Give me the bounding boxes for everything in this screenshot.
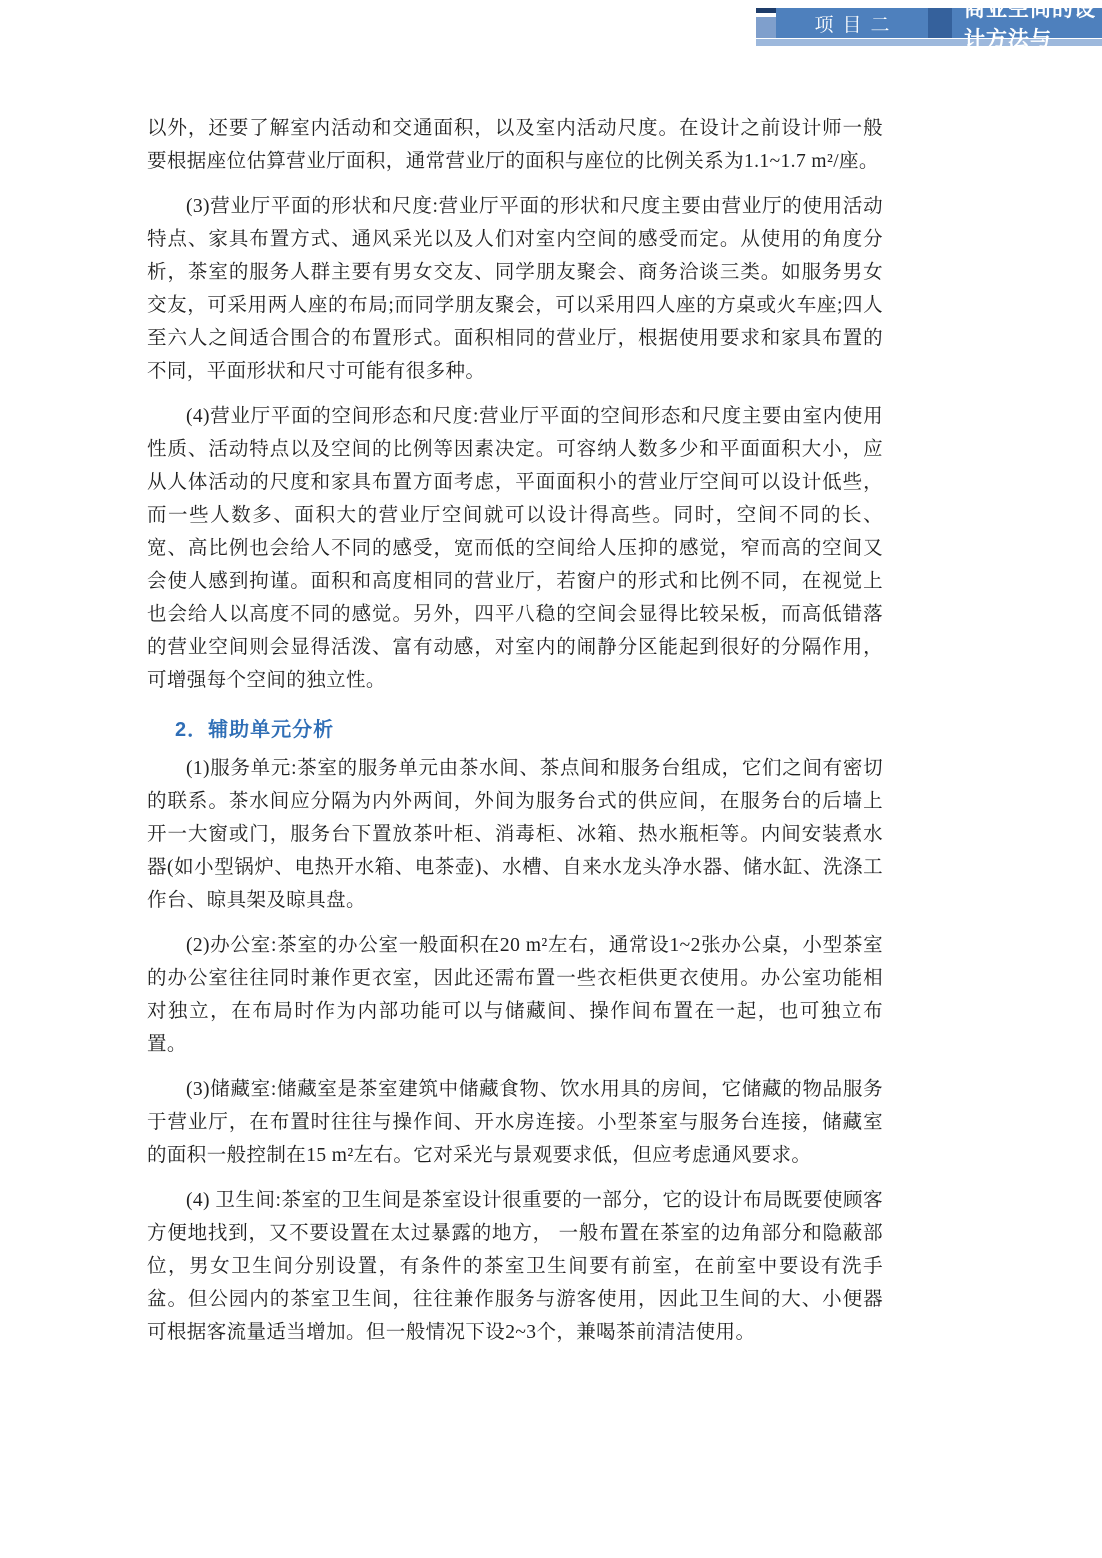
header-accent-bar: [756, 8, 776, 38]
chapter-title: 商业空间的设计方法与: [952, 8, 1102, 38]
chapter-label: 项目二: [776, 8, 928, 38]
section-heading-aux-unit-analysis: 2．辅助单元分析: [147, 713, 883, 742]
header-separator-block: [928, 8, 952, 38]
paragraph-continuation: 以外，还要了解室内活动和交通面积，以及室内活动尺度。在设计之前设计师一般要根据座…: [147, 112, 883, 178]
paragraph-aux2-office: (2)办公室:茶室的办公室一般面积在20 m²左右，通常设1~2张办公桌，小型茶…: [147, 929, 883, 1061]
header-accent-fill: [756, 17, 776, 38]
paragraph-aux4-restroom: (4) 卫生间:茶室的卫生间是茶室设计很重要的一部分，它的设计布局既要使顾客方便…: [147, 1184, 883, 1349]
paragraph-item3-shape-scale: (3)营业厅平面的形状和尺度:营业厅平面的形状和尺度主要由营业厅的使用活动特点、…: [147, 190, 883, 388]
page-body: 以外，还要了解室内活动和交通面积，以及室内活动尺度。在设计之前设计师一般要根据座…: [147, 112, 883, 1361]
page-header-banner: 项目二 商业空间的设计方法与: [756, 8, 1102, 46]
paragraph-item4-space-form: (4)营业厅平面的空间形态和尺度:营业厅平面的空间形态和尺度主要由室内使用性质、…: [147, 400, 883, 697]
paragraph-aux1-service-unit: (1)服务单元:茶室的服务单元由茶水间、茶点间和服务台组成，它们之间有密切的联系…: [147, 752, 883, 917]
paragraph-aux3-storage: (3)储藏室:储藏室是茶室建筑中储藏食物、饮水用具的房间，它储藏的物品服务于营业…: [147, 1073, 883, 1172]
